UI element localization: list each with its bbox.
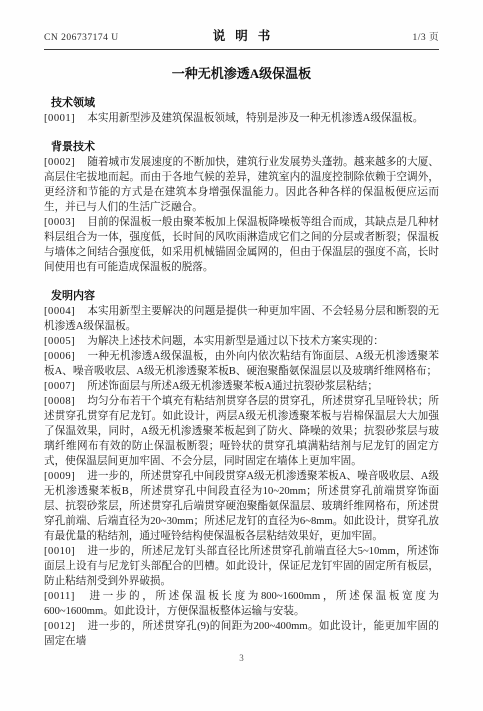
patent-specification-page: CN 206737174 U 说明书 1/3 页 一种无机渗透A级保温板 技术领… [0, 0, 483, 711]
page-content: CN 206737174 U 说明书 1/3 页 一种无机渗透A级保温板 技术领… [0, 0, 483, 649]
paragraph-0012: [0012]进一步的，所述贯穿孔(9)的间距为200~400mm。如此设计，能更… [44, 619, 439, 649]
paragraph-0003: [0003]目前的保温板一般由聚苯板加上保温板降噪板等组合而成，其缺点是几种材料… [44, 215, 439, 275]
paragraph-number: [0006] [44, 349, 75, 364]
paragraph-number: [0004] [44, 304, 75, 319]
paragraph-number: [0010] [44, 544, 75, 559]
paragraph-0010: [0010]进一步的，所述尼龙钉头部直径比所述贯穿孔前端直径大5~10mm，所述… [44, 544, 439, 589]
paragraph-0008: [0008]均匀分布若干个填充有粘结剂贯穿各层的贯穿孔，所述贯穿孔呈哑铃状；所述… [44, 394, 439, 469]
paragraph-0011: [0011]进一步的，所述保温板长度为800~1600mm，所述保温板宽度为60… [44, 589, 439, 619]
section-heading-technical-field: 技术领域 [51, 96, 439, 111]
page-indicator: 1/3 页 [270, 30, 439, 46]
paragraph-number: [0002] [44, 155, 75, 170]
paragraph-number: [0001] [44, 111, 75, 126]
document-body: 技术领域 [0001]本实用新型涉及建筑保温板领域，特别是涉及一种无机渗透A级保… [44, 96, 439, 649]
paragraph-text: 进一步的，所述贯穿孔中间段贯穿A级无机渗透聚苯板A、噪音吸收层、A级无机渗透聚苯… [44, 471, 439, 542]
paragraph-text: 进一步的，所述保温板长度为800~1600mm，所述保温板宽度为600~1600… [44, 591, 439, 617]
paragraph-number: [0009] [44, 469, 75, 484]
header-rule [44, 49, 439, 50]
section-summary-of-invention: 发明内容 [0004]本实用新型主要解决的问题是提供一种更加牢固、不会轻易分层和… [44, 289, 439, 649]
paragraph-number: [0012] [44, 619, 75, 634]
paragraph-text: 目前的保温板一般由聚苯板加上保温板降噪板等组合而成，其缺点是几种材料层组合为一体… [44, 217, 439, 273]
paragraph-0007: [0007]所述饰面层与所述A级无机渗透聚苯板A通过抗裂砂浆层粘结； [44, 379, 439, 394]
paragraph-text: 本实用新型涉及建筑保温板领域，特别是涉及一种无机渗透A级保温板。 [87, 113, 423, 124]
paragraph-number: [0003] [44, 215, 75, 230]
section-heading-summary-of-invention: 发明内容 [51, 289, 439, 304]
paragraph-text: 进一步的，所述贯穿孔(9)的间距为200~400mm。如此设计，能更加牢固的固定… [44, 621, 439, 647]
paragraph-number: [0005] [44, 334, 75, 349]
paragraph-text: 均匀分布若干个填充有粘结剂贯穿各层的贯穿孔，所述贯穿孔呈哑铃状；所述贯穿孔贯穿有… [44, 396, 439, 467]
page-header: CN 206737174 U 说明书 1/3 页 [44, 28, 439, 46]
paragraph-text: 所述饰面层与所述A级无机渗透聚苯板A通过抗裂砂浆层粘结； [87, 381, 378, 392]
paragraph-text: 本实用新型主要解决的问题是提供一种更加牢固、不会轻易分层和断裂的无机渗透A级保温… [44, 306, 439, 332]
paragraph-0002: [0002]随着城市发展速度的不断加快，建筑行业发展势头蓬勃。越来越多的大厦、高… [44, 155, 439, 215]
paragraph-number: [0008] [44, 394, 75, 409]
section-heading-background-art: 背景技术 [51, 140, 439, 155]
paragraph-number: [0007] [44, 379, 75, 394]
paragraph-text: 一种无机渗透A级保温板，由外向内依次粘结有饰面层、A级无机渗透聚苯板A、噪音吸收… [44, 351, 439, 377]
paragraph-text: 进一步的，所述尼龙钉头部直径比所述贯穿孔前端直径大5~10mm，所述饰面层上设有… [44, 546, 439, 587]
section-technical-field: 技术领域 [0001]本实用新型涉及建筑保温板领域，特别是涉及一种无机渗透A级保… [44, 96, 439, 126]
paragraph-number: [0011] [44, 589, 75, 604]
paragraph-text: 为解决上述技术问题，本实用新型是通过以下技术方案实现的： [87, 336, 384, 347]
paragraph-0009: [0009]进一步的，所述贯穿孔中间段贯穿A级无机渗透聚苯板A、噪音吸收层、A级… [44, 469, 439, 544]
paragraph-text: 随着城市发展速度的不断加快，建筑行业发展势头蓬勃。越来越多的大厦、高层住宅拔地而… [44, 157, 439, 213]
paragraph-0005: [0005]为解决上述技术问题，本实用新型是通过以下技术方案实现的： [44, 334, 439, 349]
paragraph-0004: [0004]本实用新型主要解决的问题是提供一种更加牢固、不会轻易分层和断裂的无机… [44, 304, 439, 334]
invention-title: 一种无机渗透A级保温板 [44, 66, 439, 82]
paragraph-0001: [0001]本实用新型涉及建筑保温板领域，特别是涉及一种无机渗透A级保温板。 [44, 111, 439, 126]
patent-number: CN 206737174 U [44, 30, 213, 46]
section-background-art: 背景技术 [0002]随着城市发展速度的不断加快，建筑行业发展势头蓬勃。越来越多… [44, 140, 439, 275]
page-number: 3 [0, 653, 483, 663]
paragraph-0006: [0006]一种无机渗透A级保温板，由外向内依次粘结有饰面层、A级无机渗透聚苯板… [44, 349, 439, 379]
